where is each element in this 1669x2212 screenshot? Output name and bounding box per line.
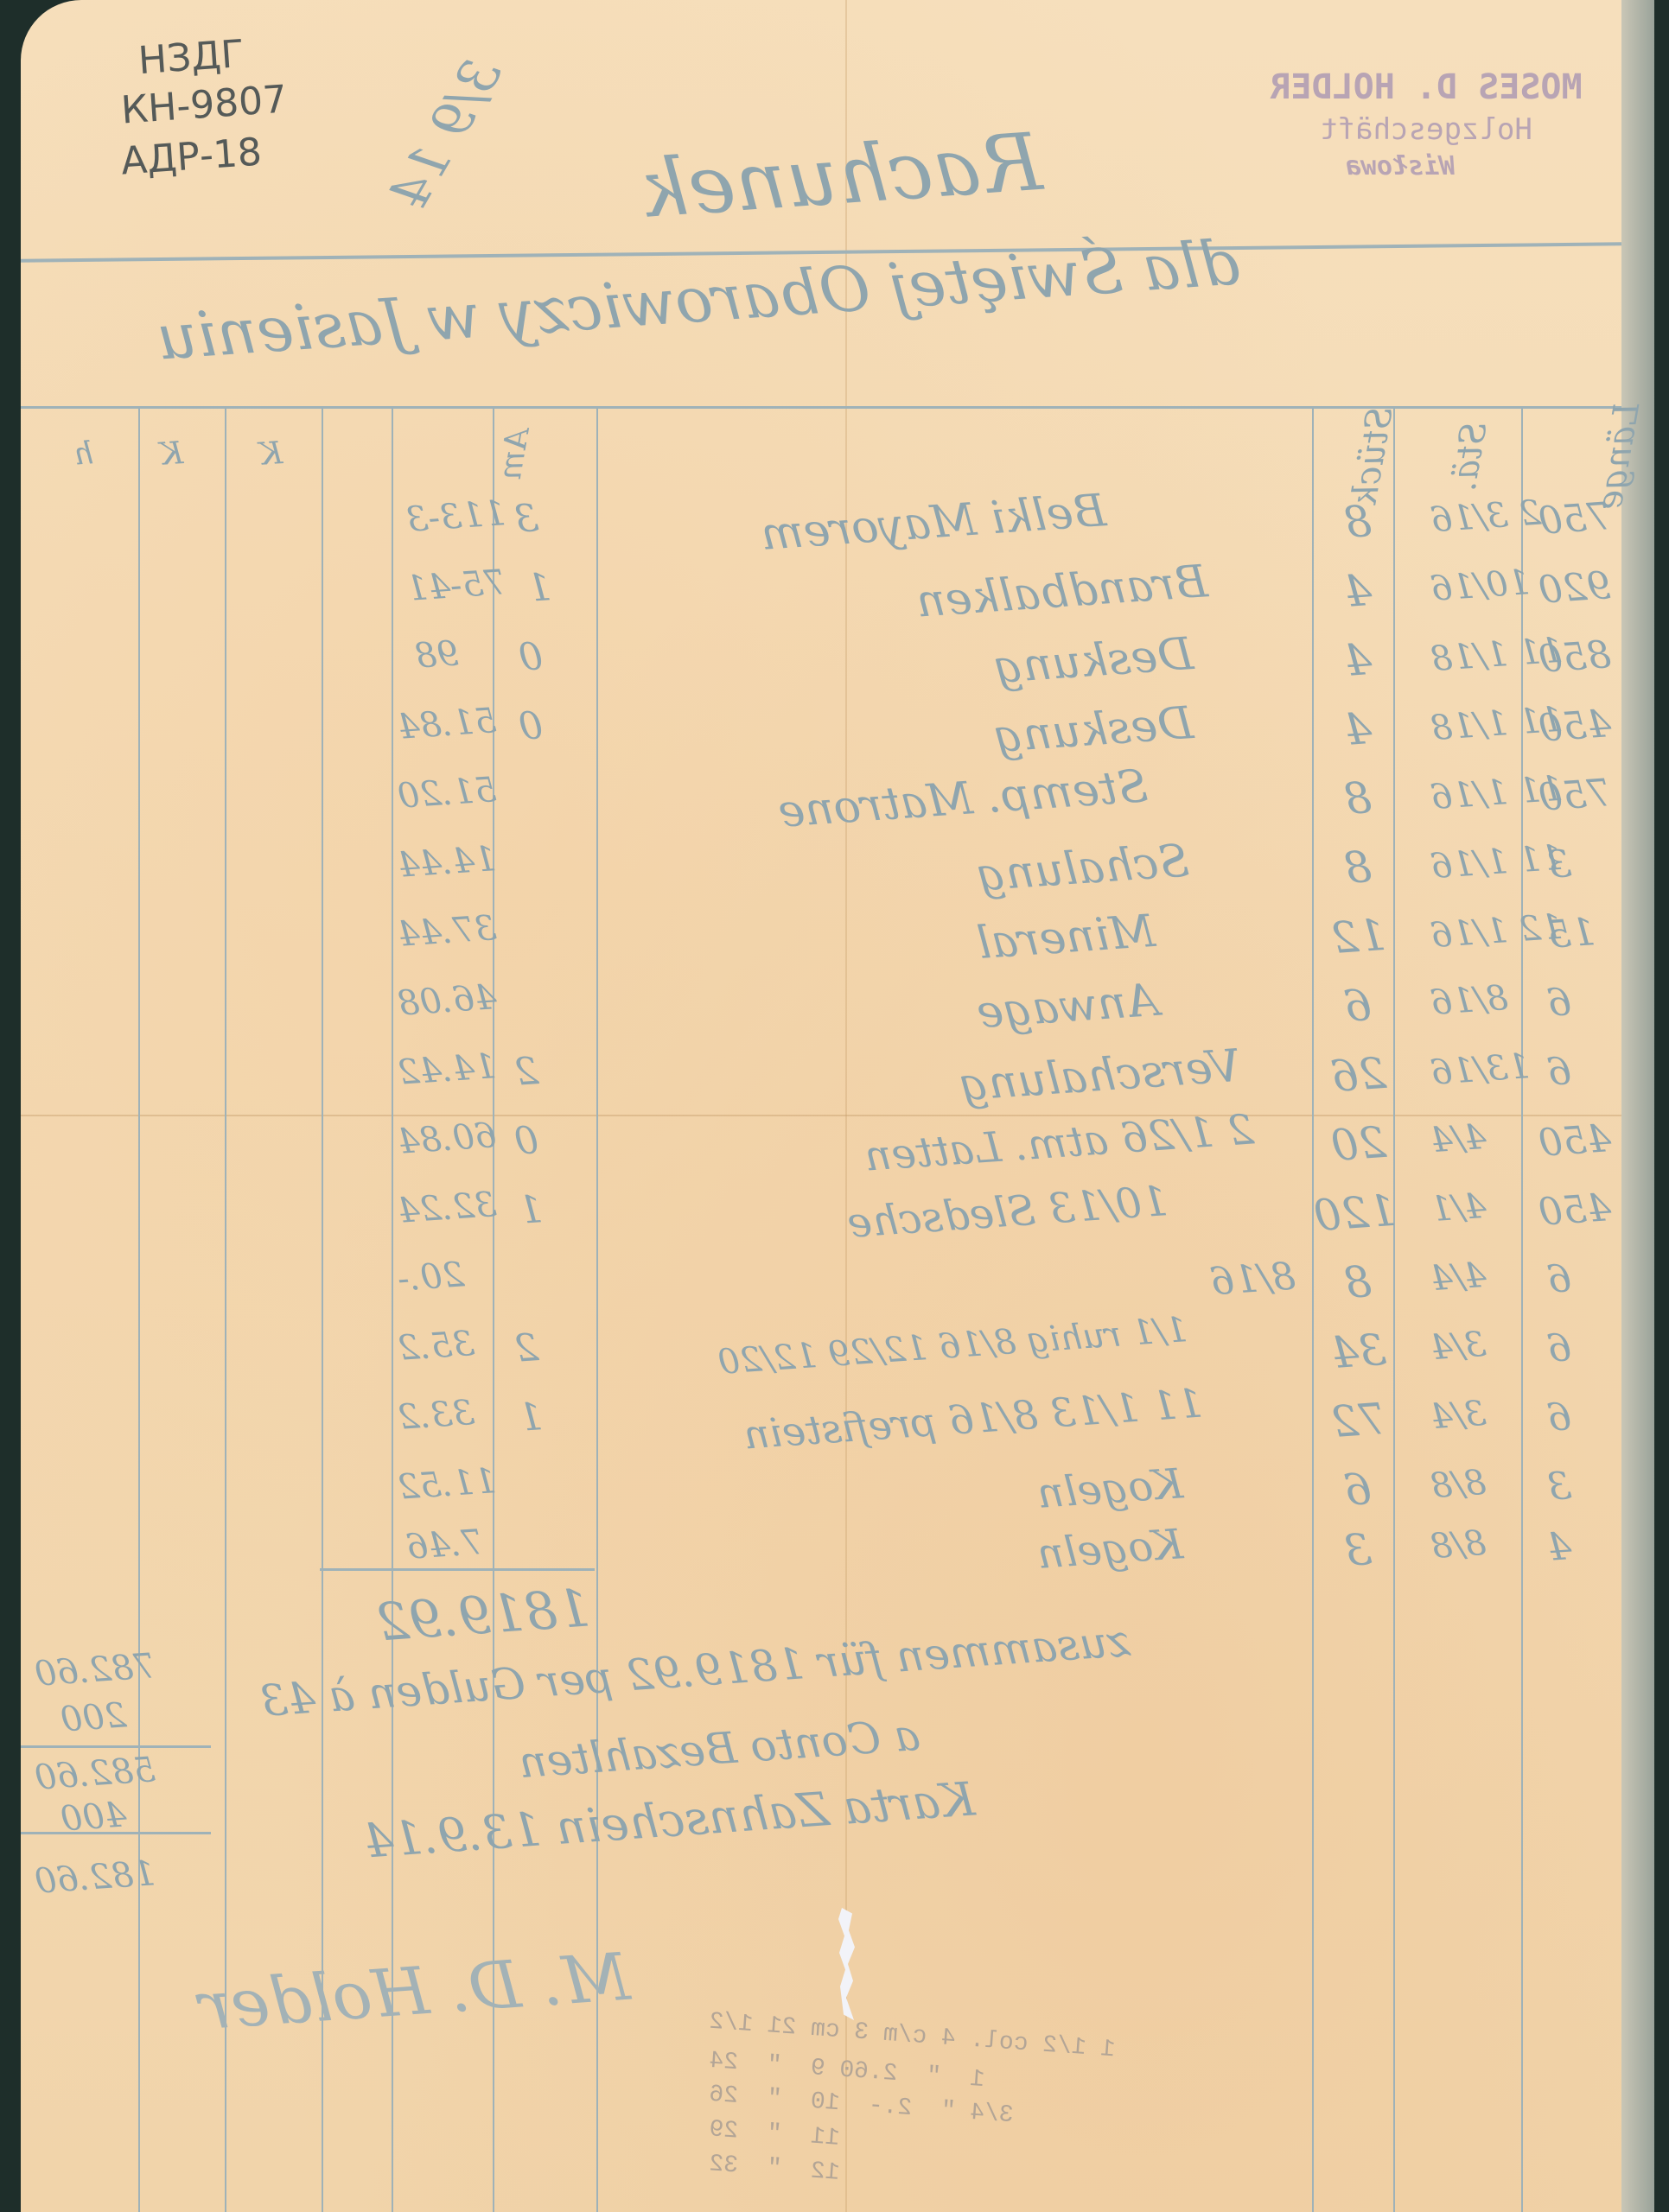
col-header-k2: K bbox=[159, 435, 185, 473]
stamp-name: MOSES D. HOLDER bbox=[1219, 67, 1634, 107]
total-rule bbox=[320, 1568, 595, 1571]
side-value-2: 200 bbox=[59, 1695, 127, 1739]
side-rule-1 bbox=[21, 1745, 211, 1748]
column-line bbox=[322, 406, 323, 2212]
archive-mark-3: АДР-18 bbox=[119, 129, 263, 185]
column-line bbox=[1393, 406, 1395, 2212]
side-value-5: 182.60 bbox=[34, 1853, 157, 1902]
column-line bbox=[493, 406, 494, 2212]
side-value-3: 582.60 bbox=[34, 1750, 157, 1798]
column-line bbox=[225, 406, 226, 2212]
column-line bbox=[138, 406, 140, 2212]
fold-line-horizontal bbox=[21, 1115, 1621, 1116]
scan-border bbox=[1654, 0, 1669, 2212]
fold-line-vertical bbox=[845, 0, 847, 2212]
stamp-place: Wisłowa bbox=[1296, 151, 1504, 181]
col-header-k3: h bbox=[73, 435, 95, 473]
column-line bbox=[392, 406, 393, 2212]
side-value-4: 400 bbox=[59, 1795, 127, 1839]
column-line bbox=[1521, 406, 1523, 2212]
col-header-k1: K bbox=[258, 435, 284, 473]
side-value-1: 782.60 bbox=[34, 1646, 157, 1694]
sheet-edge-strip bbox=[1621, 0, 1654, 2212]
archive-mark-1: НЗДГ bbox=[137, 31, 245, 85]
stamp-business: Holzgeschäft bbox=[1271, 112, 1582, 147]
column-line bbox=[1312, 406, 1314, 2212]
